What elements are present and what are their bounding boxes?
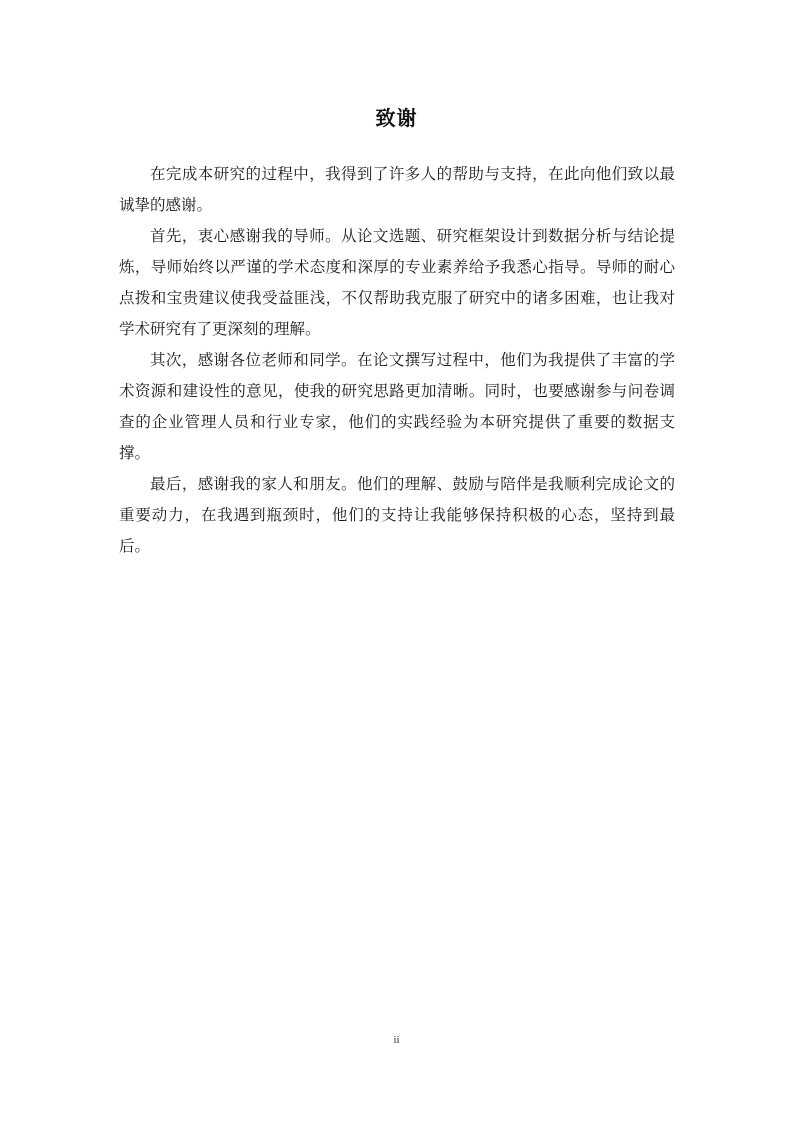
acknowledgement-body: 在完成本研究的过程中，我得到了许多人的帮助与支持，在此向他们致以最诚挚的感谢。 … bbox=[119, 159, 675, 562]
page-number: ii bbox=[0, 1034, 793, 1046]
paragraph-teachers-classmates: 其次，感谢各位老师和同学。在论文撰写过程中，他们为我提供了丰富的学术资源和建设性… bbox=[119, 345, 675, 469]
paragraph-family-friends: 最后，感谢我的家人和朋友。他们的理解、鼓励与陪伴是我顺利完成论文的重要动力，在我… bbox=[119, 469, 675, 562]
paragraph-advisor: 首先，衷心感谢我的导师。从论文选题、研究框架设计到数据分析与结论提炼，导师始终以… bbox=[119, 221, 675, 345]
document-page: 致谢 在完成本研究的过程中，我得到了许多人的帮助与支持，在此向他们致以最诚挚的感… bbox=[0, 0, 793, 1122]
paragraph-intro: 在完成本研究的过程中，我得到了许多人的帮助与支持，在此向他们致以最诚挚的感谢。 bbox=[119, 159, 675, 221]
page-title: 致谢 bbox=[0, 104, 793, 132]
